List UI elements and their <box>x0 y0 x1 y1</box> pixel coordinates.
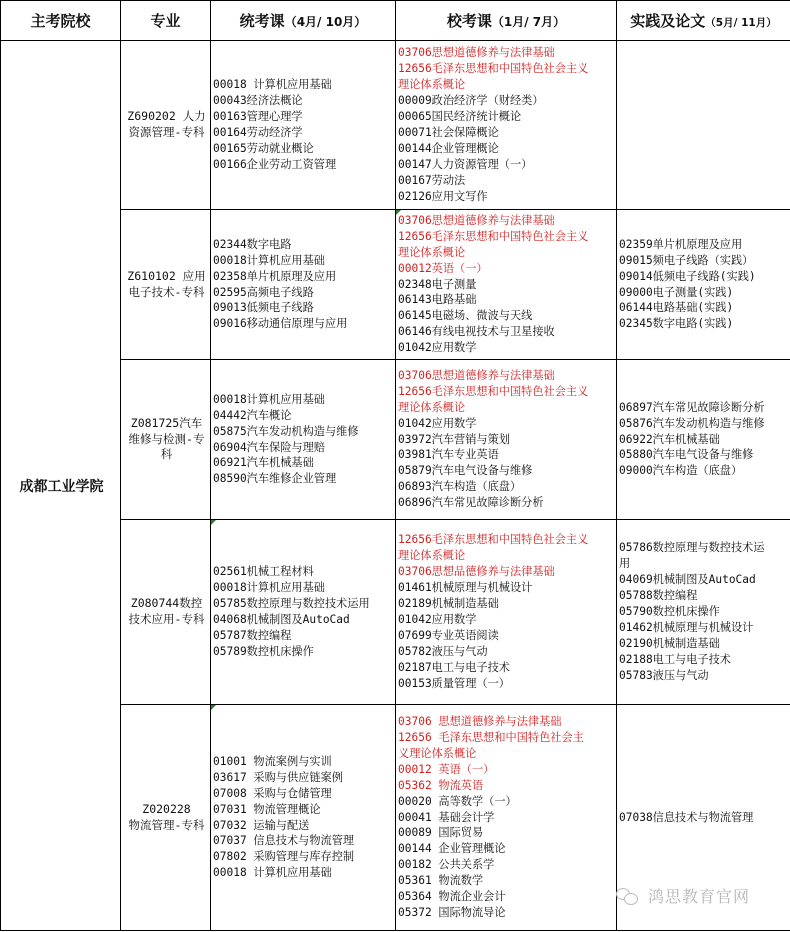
course-item: 05879汽车电气设备与维修 <box>398 463 616 479</box>
major-line: Z020228 <box>123 802 210 818</box>
unified-courses-cell: 00018 计算机应用基础 00043经济法概论 00163管理心理学 0016… <box>211 41 396 210</box>
course-item: 06143电路基础 <box>398 292 616 308</box>
practice-courses-cell: 05786数控原理与数控技术运 用 04069机械制图及AutoCad 0578… <box>617 520 790 705</box>
course-item: 07031 物流管理概论 <box>213 802 395 818</box>
required-course-item: 理论体系概论 <box>398 400 616 416</box>
course-item: 05782液压与气动 <box>398 644 616 660</box>
course-item: 09015频电子线路（实践） <box>619 253 790 269</box>
unified-courses-cell: 00018计算机应用基础 04442汽车概论 05875汽车发动机构造与维修 0… <box>211 360 396 520</box>
course-item: 00018 计算机应用基础 <box>213 865 395 881</box>
watermark-text: 鸿思教育官网 <box>648 884 750 907</box>
course-item: 05372 国际物流导论 <box>398 905 616 921</box>
course-item: 07032 运输与配送 <box>213 818 395 834</box>
course-item: 00071社会保障概论 <box>398 125 616 141</box>
major-line: Z690202 人力 <box>123 109 210 125</box>
course-item: 00018 计算机应用基础 <box>213 77 395 93</box>
course-item: 01042应用数学 <box>398 340 616 356</box>
course-item: 07802 采购管理与库存控制 <box>213 849 395 865</box>
major-line: 维修与检测-专 <box>123 432 210 448</box>
major-line: 科 <box>123 447 210 463</box>
course-item: 02188电工与电子技术 <box>619 652 790 668</box>
major-cell: Z080744数控 技术应用-专科 <box>121 520 211 705</box>
course-item: 05790数控机床操作 <box>619 604 790 620</box>
major-line: Z080744数控 <box>123 596 210 612</box>
unified-courses-cell: 02561机械工程材料 00018计算机应用基础 05785数控原理与数控技术运… <box>211 520 396 705</box>
course-item: 05880汽车电气设备与维修 <box>619 447 790 463</box>
major-line: 资源管理-专科 <box>123 125 210 141</box>
major-line: 物流管理-专科 <box>123 818 210 834</box>
course-item: 01462机械原理与机械设计 <box>619 620 790 636</box>
course-item: 09014低频电子线路(实践) <box>619 269 790 285</box>
header-school: 主考院校 <box>1 1 121 41</box>
course-item: 06904汽车保险与理赔 <box>213 440 395 456</box>
header-unified-months: （4月/ 10月） <box>285 15 367 29</box>
header-school-label: 主考院校 <box>30 12 90 30</box>
course-item: 05785数控原理与数控技术运用 <box>213 596 395 612</box>
course-item: 06893汽车构造（底盘） <box>398 479 616 495</box>
required-course-item: 理论体系概论 <box>398 245 616 261</box>
major-line: 技术应用-专科 <box>123 612 210 628</box>
course-item: 07038信息技术与物流管理 <box>619 810 790 826</box>
required-course-item: 05362 物流英语 <box>398 778 616 794</box>
required-course-item: 12656毛泽东思想和中国特色社会主义 <box>398 532 616 548</box>
course-item: 05786数控原理与数控技术运 <box>619 540 790 556</box>
course-item: 02189机械制造基础 <box>398 596 616 612</box>
course-item: 06146有线电视技术与卫星接收 <box>398 324 616 340</box>
course-item: 06896汽车常见故障诊断分析 <box>398 495 616 511</box>
course-item: 01461机械原理与机械设计 <box>398 580 616 596</box>
course-item: 00018计算机应用基础 <box>213 253 395 269</box>
major-line: Z081725汽车 <box>123 416 210 432</box>
table-row: 成都工业学院 Z690202 人力 资源管理-专科 00018 计算机应用基础 … <box>1 41 790 210</box>
major-cell: Z081725汽车 维修与检测-专 科 <box>121 360 211 520</box>
major-line: Z610102 应用 <box>123 269 210 285</box>
course-item: 06144电路基础(实践) <box>619 300 790 316</box>
course-item: 01001 物流案例与实训 <box>213 754 395 770</box>
course-item: 00009政治经济学（财经类） <box>398 93 616 109</box>
header-major: 专业 <box>121 1 211 41</box>
unified-courses-cell: 02344数字电路 00018计算机应用基础 02358单片机原理及应用 025… <box>211 210 396 360</box>
major-line: 电子技术-专科 <box>123 285 210 301</box>
course-item: 05783液压与气动 <box>619 668 790 684</box>
course-item: 04442汽车概论 <box>213 408 395 424</box>
course-item: 02126应用文写作 <box>398 189 616 205</box>
course-item: 05789数控机床操作 <box>213 644 395 660</box>
header-practice-months: （5月/ 11月） <box>705 17 776 29</box>
course-item: 03972汽车营销与策划 <box>398 432 616 448</box>
header-unified: 统考课（4月/ 10月） <box>211 1 396 41</box>
course-item: 07008 采购与仓储管理 <box>213 786 395 802</box>
course-item: 00144 企业管理概论 <box>398 841 616 857</box>
header-practice: 实践及论文（5月/ 11月） <box>617 1 790 41</box>
course-item: 00163管理心理学 <box>213 109 395 125</box>
required-course-item: 03706思想道德修养与法律基础 <box>398 213 616 229</box>
required-course-item: 00012 英语（一） <box>398 762 616 778</box>
course-item: 00147人力资源管理（一） <box>398 157 616 173</box>
required-course-item: 理论体系概论 <box>398 77 616 93</box>
watermark: 鸿思教育官网 <box>616 884 750 907</box>
header-school-exam-months: （1月/ 7月） <box>492 15 565 29</box>
wechat-icon <box>616 888 638 904</box>
course-item: 02348电子测量 <box>398 277 616 293</box>
course-item: 00018计算机应用基础 <box>213 580 395 596</box>
school-exam-courses-cell: 03706思想道德修养与法律基础 12656毛泽东思想和中国特色社会主义 理论体… <box>396 41 617 210</box>
header-school-exam-label: 校考课 <box>447 12 492 30</box>
course-item: 02358单片机原理及应用 <box>213 269 395 285</box>
school-exam-courses-cell: 12656毛泽东思想和中国特色社会主义 理论体系概论 03706思想品德修养与法… <box>396 520 617 705</box>
course-item: 06897汽车常见故障诊断分析 <box>619 400 790 416</box>
required-course-item: 理论体系概论 <box>398 548 616 564</box>
school-exam-courses-cell: 03706 思想道德修养与法律基础 12656 毛泽东思想和中国特色社会主 义理… <box>396 705 617 931</box>
course-item: 01042应用数学 <box>398 612 616 628</box>
major-cell: Z690202 人力 资源管理-专科 <box>121 41 211 210</box>
practice-courses-cell: 02359单片机原理及应用 09015频电子线路（实践） 09014低频电子线路… <box>617 210 790 360</box>
course-item: 07699专业英语阅读 <box>398 628 616 644</box>
table-body: 成都工业学院 Z690202 人力 资源管理-专科 00018 计算机应用基础 … <box>1 41 790 931</box>
course-item: 00020 高等数学（一） <box>398 794 616 810</box>
unified-courses-cell: 01001 物流案例与实训 03617 采购与供应链案例 07008 采购与仓储… <box>211 705 396 931</box>
course-item: 03617 采购与供应链案例 <box>213 770 395 786</box>
required-course-item: 12656毛泽东思想和中国特色社会主义 <box>398 61 616 77</box>
course-item: 04069机械制图及AutoCad <box>619 572 790 588</box>
header-major-label: 专业 <box>150 12 180 30</box>
required-course-item: 12656 毛泽东思想和中国特色社会主 <box>398 730 616 746</box>
course-item: 07037 信息技术与物流管理 <box>213 833 395 849</box>
practice-courses-cell <box>617 41 790 210</box>
course-item: 02190机械制造基础 <box>619 636 790 652</box>
header-practice-label: 实践及论文 <box>630 12 705 30</box>
course-item: 08590汽车维修企业管理 <box>213 471 395 487</box>
header-unified-label: 统考课 <box>240 12 285 30</box>
course-item: 02561机械工程材料 <box>213 564 395 580</box>
course-item: 05876汽车发动机构造与维修 <box>619 416 790 432</box>
course-item: 00164劳动经济学 <box>213 125 395 141</box>
course-item: 05788数控编程 <box>619 588 790 604</box>
exam-schedule-table: 主考院校 专业 统考课（4月/ 10月） 校考课（1月/ 7月） 实践及论文（5… <box>0 0 790 931</box>
course-item: 00089 国际贸易 <box>398 825 616 841</box>
course-item: 00167劳动法 <box>398 173 616 189</box>
course-item: 05787数控编程 <box>213 628 395 644</box>
course-item: 06145电磁场、微波与天线 <box>398 308 616 324</box>
course-item: 06921汽车机械基础 <box>213 455 395 471</box>
course-item: 00153质量管理（一） <box>398 676 616 692</box>
course-item: 00166企业劳动工资管理 <box>213 157 395 173</box>
course-item: 00065国民经济统计概论 <box>398 109 616 125</box>
required-course-item: 义理论体系概论 <box>398 746 616 762</box>
course-item: 00041 基础会计学 <box>398 810 616 826</box>
header-school-exam: 校考课（1月/ 7月） <box>396 1 617 41</box>
course-item: 00165劳动就业概论 <box>213 141 395 157</box>
required-course-item: 12656毛泽东思想和中国特色社会主义 <box>398 229 616 245</box>
header-row: 主考院校 专业 统考课（4月/ 10月） 校考课（1月/ 7月） 实践及论文（5… <box>1 1 790 41</box>
course-item: 06922汽车机械基础 <box>619 432 790 448</box>
course-item: 02187电工与电子技术 <box>398 660 616 676</box>
required-course-item: 03706思想道德修养与法律基础 <box>398 45 616 61</box>
course-item: 用 <box>619 556 790 572</box>
course-item: 00043经济法概论 <box>213 93 395 109</box>
course-item: 09000电子测量(实践) <box>619 285 790 301</box>
course-item: 01042应用数学 <box>398 416 616 432</box>
school-exam-courses-cell: 03706思想道德修养与法律基础 12656毛泽东思想和中国特色社会主义 理论体… <box>396 210 617 360</box>
required-course-item: 03706 思想道德修养与法律基础 <box>398 714 616 730</box>
required-course-item: 00012英语（一） <box>398 261 616 277</box>
course-item: 02344数字电路 <box>213 237 395 253</box>
course-item: 04068机械制图及AutoCad <box>213 612 395 628</box>
course-item: 05875汽车发动机构造与维修 <box>213 424 395 440</box>
course-item: 09013低频电子线路 <box>213 300 395 316</box>
course-item: 00144企业管理概论 <box>398 141 616 157</box>
course-item: 00182 公共关系学 <box>398 857 616 873</box>
course-item: 02359单片机原理及应用 <box>619 237 790 253</box>
course-item: 05361 物流数学 <box>398 873 616 889</box>
major-cell: Z610102 应用 电子技术-专科 <box>121 210 211 360</box>
school-exam-courses-cell: 03706思想道德修养与法律基础 12656毛泽东思想和中国特色社会主义 理论体… <box>396 360 617 520</box>
course-item: 02595高频电子线路 <box>213 285 395 301</box>
course-item: 03981汽车专业英语 <box>398 447 616 463</box>
required-course-item: 03706思想道德修养与法律基础 <box>398 368 616 384</box>
course-item: 00018计算机应用基础 <box>213 392 395 408</box>
school-name: 成都工业学院 <box>1 41 121 931</box>
required-course-item: 12656毛泽东思想和中国特色社会主义 <box>398 384 616 400</box>
major-cell: Z020228 物流管理-专科 <box>121 705 211 931</box>
practice-courses-cell: 06897汽车常见故障诊断分析 05876汽车发动机构造与维修 06922汽车机… <box>617 360 790 520</box>
course-item: 09016移动通信原理与应用 <box>213 316 395 332</box>
course-item: 05364 物流企业会计 <box>398 889 616 905</box>
course-item: 02345数字电路(实践) <box>619 316 790 332</box>
required-course-item: 03706思想品德修养与法律基础 <box>398 564 616 580</box>
course-item: 09000汽车构造（底盘） <box>619 463 790 479</box>
